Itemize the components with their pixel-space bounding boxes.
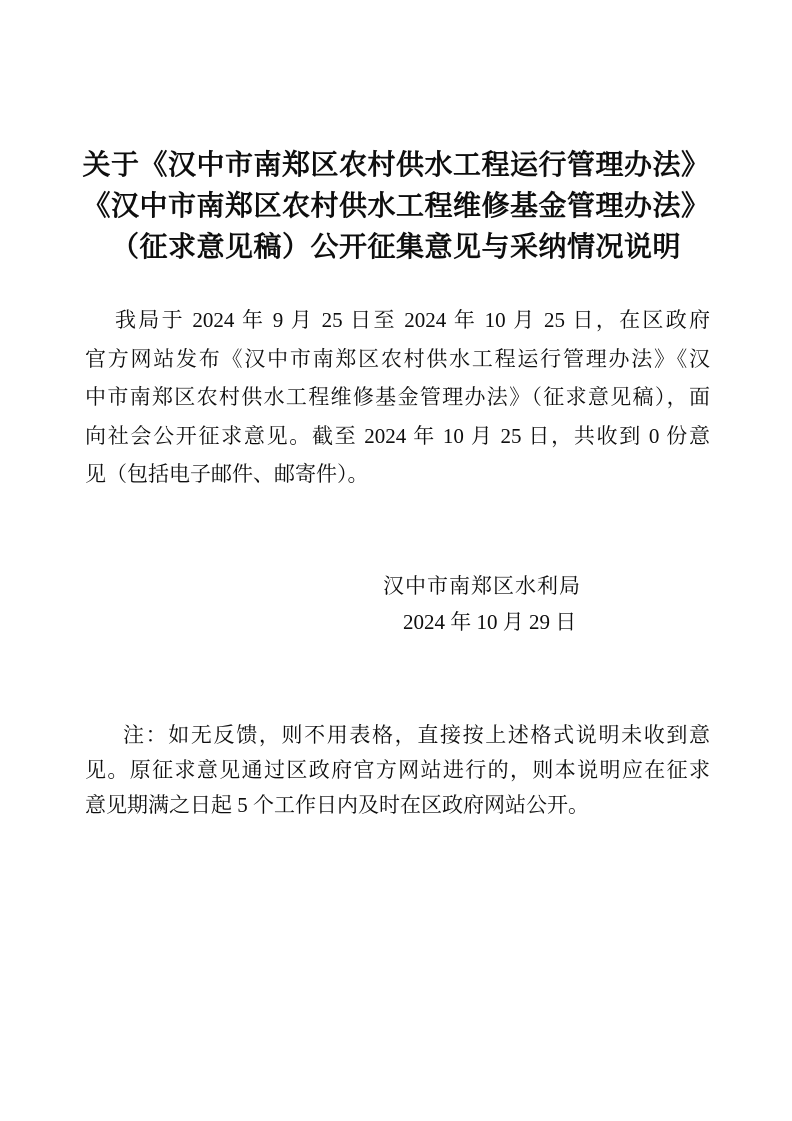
signature-organization: 汉中市南郑区水利局	[383, 570, 581, 600]
body-line: 见（包括电子邮件、邮寄件）。	[85, 455, 710, 494]
note-line: 注：如无反馈，则不用表格，直接按上述格式说明未收到意	[85, 718, 710, 753]
note-line: 见。原征求意见通过区政府官方网站进行的，则本说明应在征求	[85, 753, 710, 788]
note-paragraph: 注：如无反馈，则不用表格，直接按上述格式说明未收到意 见。原征求意见通过区政府官…	[85, 718, 710, 823]
body-line: 我局于 2024 年 9 月 25 日至 2024 年 10 月 25 日，在区…	[85, 301, 710, 340]
body-line: 向社会公开征求意见。截至 2024 年 10 月 25 日，共收到 0 份意	[85, 417, 710, 456]
signature-date: 2024 年 10 月 29 日	[403, 606, 576, 636]
note-line: 意见期满之日起 5 个工作日内及时在区政府网站公开。	[85, 788, 710, 823]
body-line: 官方网站发布《汉中市南郑区农村供水工程运行管理办法》《汉	[85, 340, 710, 379]
body-line: 中市南郑区农村供水工程维修基金管理办法》（征求意见稿），面	[85, 378, 710, 417]
document-page: 关于《汉中市南郑区农村供水工程运行管理办法》 《汉中市南郑区农村供水工程维修基金…	[0, 0, 792, 1121]
title-line: （征求意见稿）公开征集意见与采纳情况说明	[0, 227, 792, 268]
title-line: 关于《汉中市南郑区农村供水工程运行管理办法》	[0, 145, 792, 186]
body-paragraph: 我局于 2024 年 9 月 25 日至 2024 年 10 月 25 日，在区…	[85, 301, 710, 494]
document-title: 关于《汉中市南郑区农村供水工程运行管理办法》 《汉中市南郑区农村供水工程维修基金…	[0, 145, 792, 268]
title-line: 《汉中市南郑区农村供水工程维修基金管理办法》	[0, 186, 792, 227]
